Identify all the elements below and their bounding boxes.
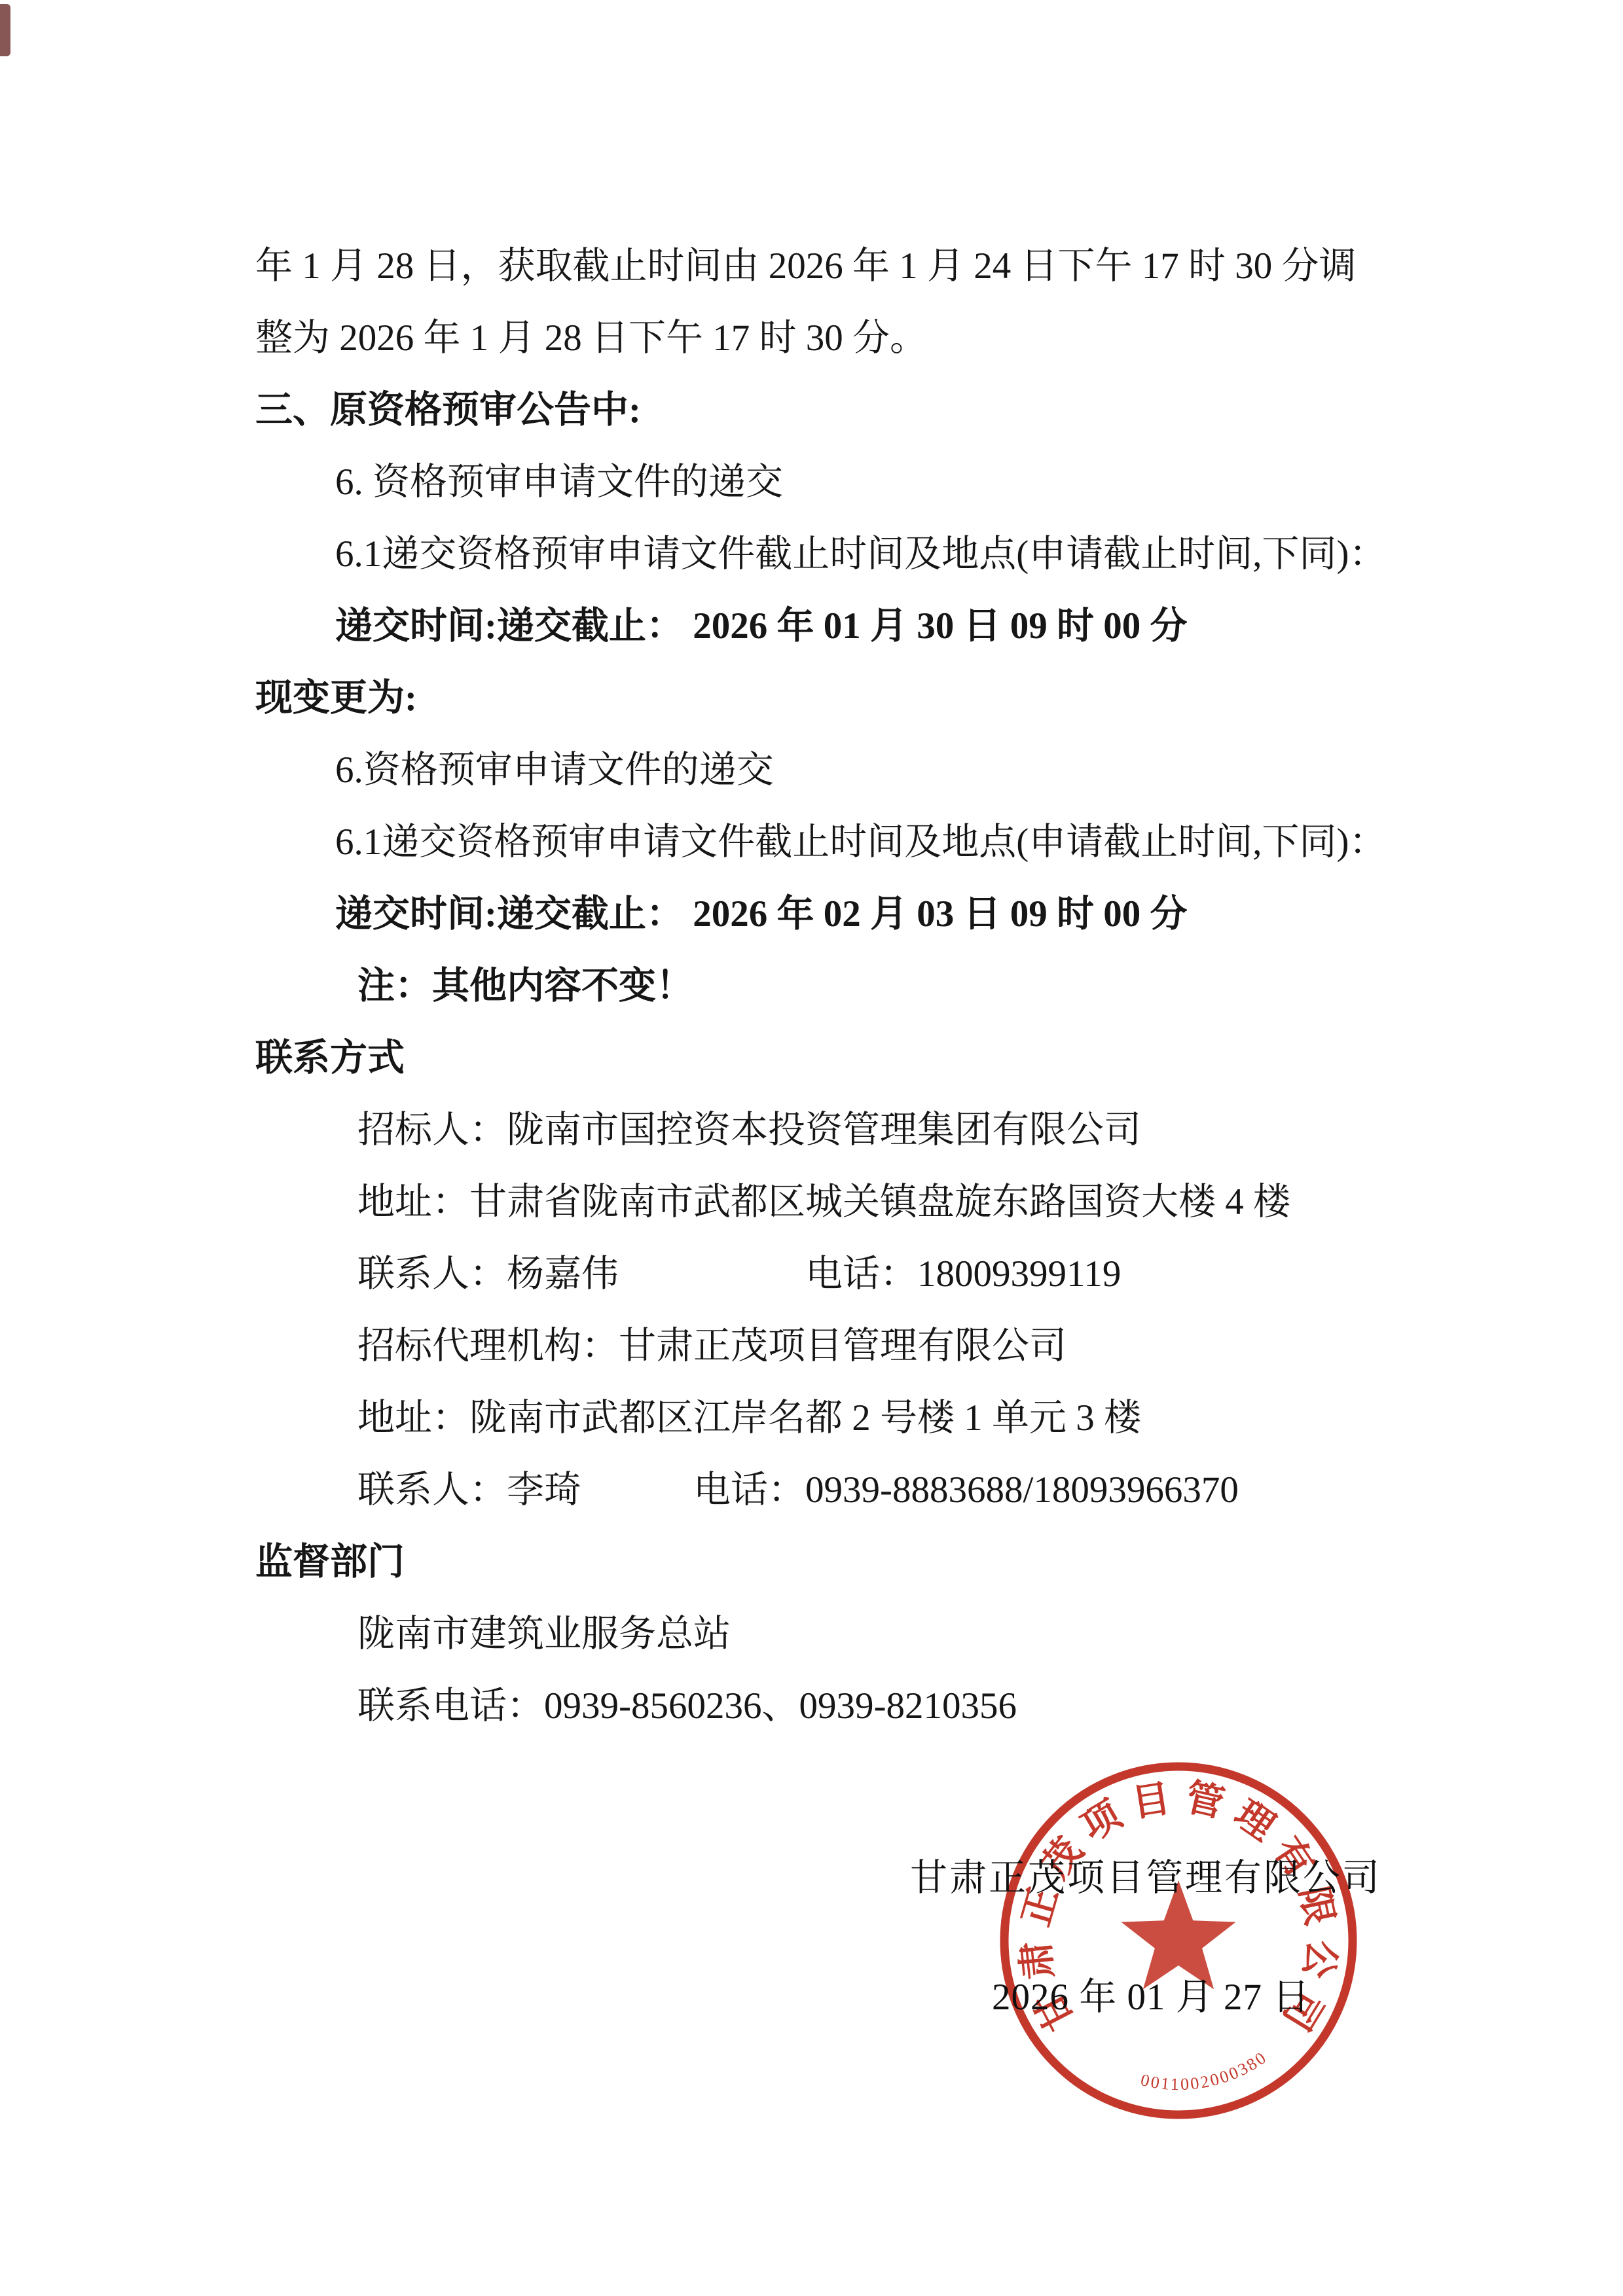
signature-company: 甘肃正茂项目管理有限公司 (910, 1842, 1381, 1914)
doc-section-heading: 监督部门 (0, 1526, 1623, 1598)
document-body: 年 1 月 28 日，获取截止时间由 2026 年 1 月 24 日下午 17 … (0, 230, 1623, 1742)
doc-line: 递交时间:递交截止： 2026 年 01 月 30 日 09 时 00 分 (0, 590, 1623, 662)
signature-date: 2026 年 01 月 27 日 (992, 1962, 1310, 2034)
doc-line: 地址：陇南市武都区江岸名都 2 号楼 1 单元 3 楼 (0, 1382, 1623, 1454)
doc-line: 招标代理机构：甘肃正茂项目管理有限公司 (0, 1310, 1623, 1382)
doc-line: 6.1递交资格预审申请文件截止时间及地点(申请截止时间,下同)： (0, 518, 1623, 590)
doc-note: 注：其他内容不变！ (0, 950, 1623, 1022)
doc-line: 整为 2026 年 1 月 28 日下午 17 时 30 分。 (0, 302, 1623, 374)
document-page: 年 1 月 28 日，获取截止时间由 2026 年 1 月 24 日下午 17 … (0, 0, 1623, 2296)
doc-section-heading: 三、原资格预审公告中: (0, 374, 1623, 446)
doc-line: 招标人：陇南市国控资本投资管理集团有限公司 (0, 1094, 1623, 1166)
doc-line: 地址：甘肃省陇南市武都区城关镇盘旋东路国资大楼 4 楼 (0, 1166, 1623, 1238)
doc-line: 年 1 月 28 日，获取截止时间由 2026 年 1 月 24 日下午 17 … (0, 230, 1623, 302)
svg-text:0011002000380: 0011002000380 (1139, 2047, 1271, 2094)
doc-line: 递交时间:递交截止： 2026 年 02 月 03 日 09 时 00 分 (0, 878, 1623, 950)
company-seal-stamp: 甘肃正茂项目管理有限公司 0011002000380 (995, 1757, 1362, 2124)
doc-line: 6. 资格预审申请文件的递交 (0, 446, 1623, 518)
doc-line: 联系电话：0939-8560236、0939-8210356 (0, 1670, 1623, 1742)
seal-serial-number: 0011002000380 (1139, 2047, 1271, 2094)
doc-line: 6.1递交资格预审申请文件截止时间及地点(申请截止时间,下同)： (0, 806, 1623, 878)
doc-section-heading: 联系方式 (0, 1022, 1623, 1094)
doc-line: 6.资格预审申请文件的递交 (0, 734, 1623, 806)
doc-section-heading: 现变更为: (0, 662, 1623, 734)
doc-line: 联系人：杨嘉伟 电话：18009399119 (0, 1238, 1623, 1310)
doc-line: 陇南市建筑业服务总站 (0, 1598, 1623, 1670)
scan-edge-artifact (0, 4, 10, 56)
doc-line: 联系人：李琦 电话：0939-8883688/18093966370 (0, 1454, 1623, 1526)
